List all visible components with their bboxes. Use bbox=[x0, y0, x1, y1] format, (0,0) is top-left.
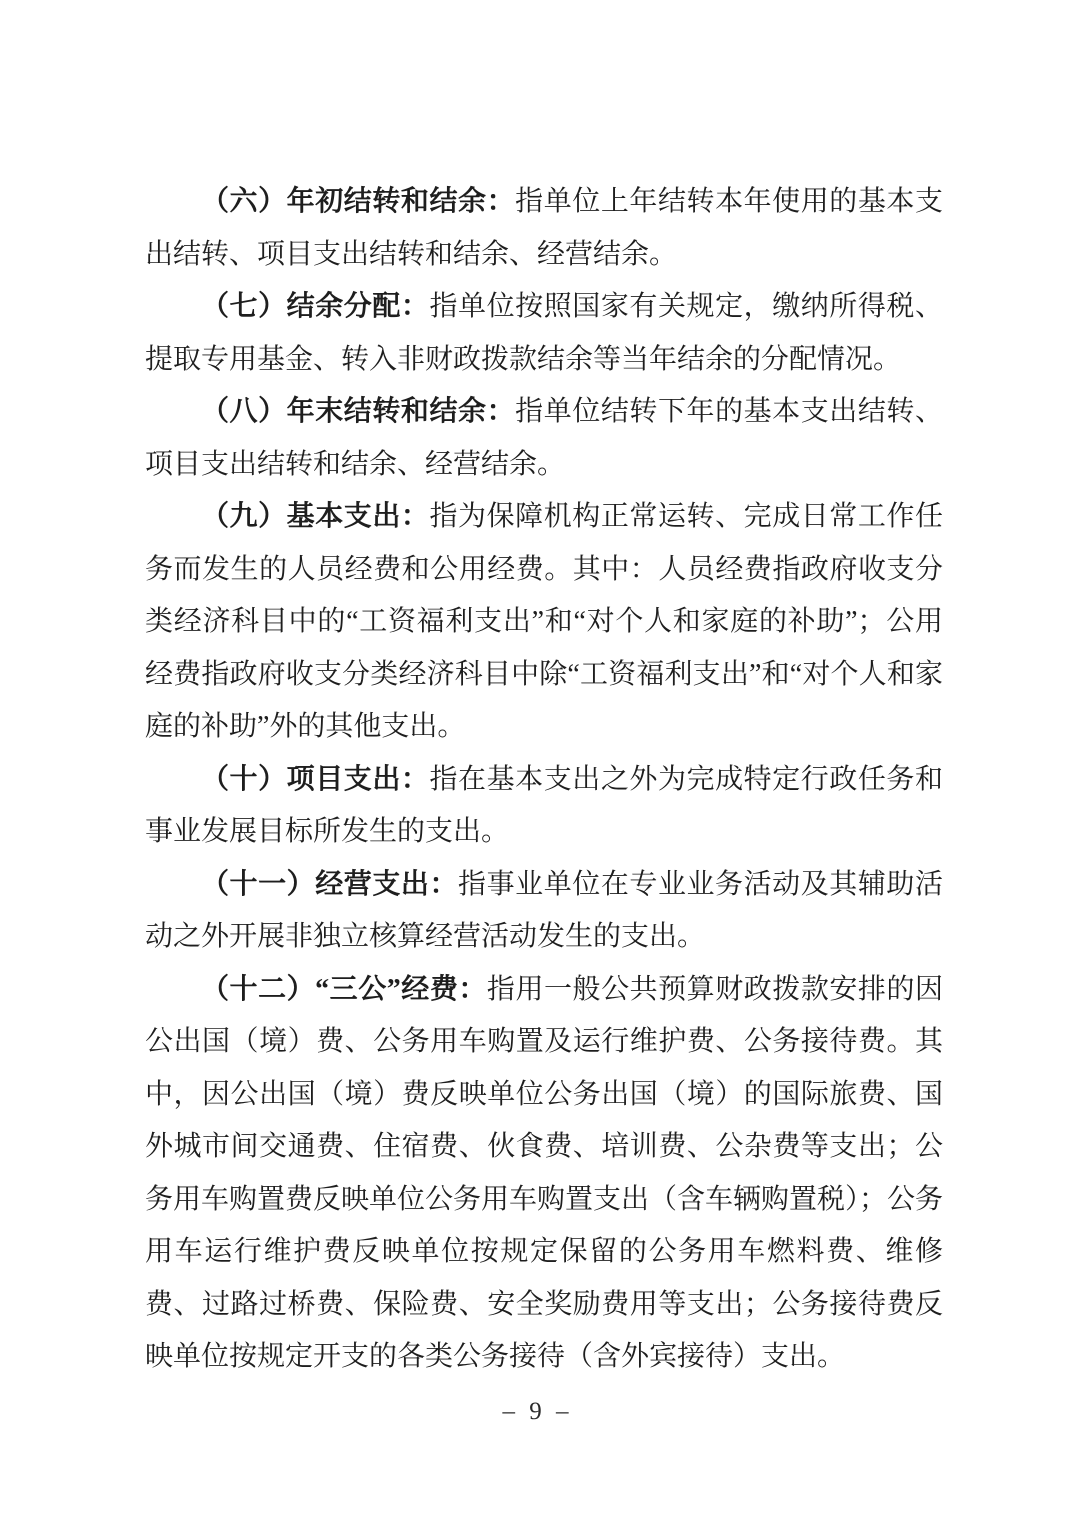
definition-paragraph-10: （十）项目支出：指在基本支出之外为完成特定行政任务和事业发展目标所发生的支出。 bbox=[145, 754, 943, 859]
definition-paragraph-11: （十一）经营支出：指事业单位在专业业务活动及其辅助活动之外开展非独立核算经营活动… bbox=[145, 859, 943, 964]
definition-paragraph-8: （八）年末结转和结余：指单位结转下年的基本支出结转、项目支出结转和结余、经营结余… bbox=[145, 386, 943, 491]
term-label: （十二）“三公”经费： bbox=[201, 974, 487, 1005]
document-body: （六）年初结转和结余：指单位上年结转本年使用的基本支出结转、项目支出结转和结余、… bbox=[145, 176, 943, 1384]
definition-paragraph-7: （七）结余分配：指单位按照国家有关规定，缴纳所得税、提取专用基金、转入非财政拨款… bbox=[145, 281, 943, 386]
term-label: （八）年末结转和结余： bbox=[201, 396, 515, 427]
term-label: （六）年初结转和结余： bbox=[201, 186, 515, 217]
document-page: （六）年初结转和结余：指单位上年结转本年使用的基本支出结转、项目支出结转和结余、… bbox=[0, 0, 1075, 1520]
term-definition: 指用一般公共预算财政拨款安排的因公出国（境）费、公务用车购置及运行维护费、公务接… bbox=[145, 974, 943, 1373]
definition-paragraph-9: （九）基本支出：指为保障机构正常运转、完成日常工作任务而发生的人员经费和公用经费… bbox=[145, 491, 943, 754]
term-label: （七）结余分配： bbox=[201, 291, 429, 322]
term-label: （十一）经营支出： bbox=[201, 869, 458, 900]
definition-paragraph-6: （六）年初结转和结余：指单位上年结转本年使用的基本支出结转、项目支出结转和结余、… bbox=[145, 176, 943, 281]
definition-paragraph-12: （十二）“三公”经费：指用一般公共预算财政拨款安排的因公出国（境）费、公务用车购… bbox=[145, 964, 943, 1384]
term-label: （十）项目支出： bbox=[201, 764, 429, 795]
page-number: – 9 – bbox=[0, 1398, 1075, 1426]
term-label: （九）基本支出： bbox=[201, 501, 429, 532]
term-definition: 指为保障机构正常运转、完成日常工作任务而发生的人员经费和公用经费。其中：人员经费… bbox=[145, 501, 943, 742]
